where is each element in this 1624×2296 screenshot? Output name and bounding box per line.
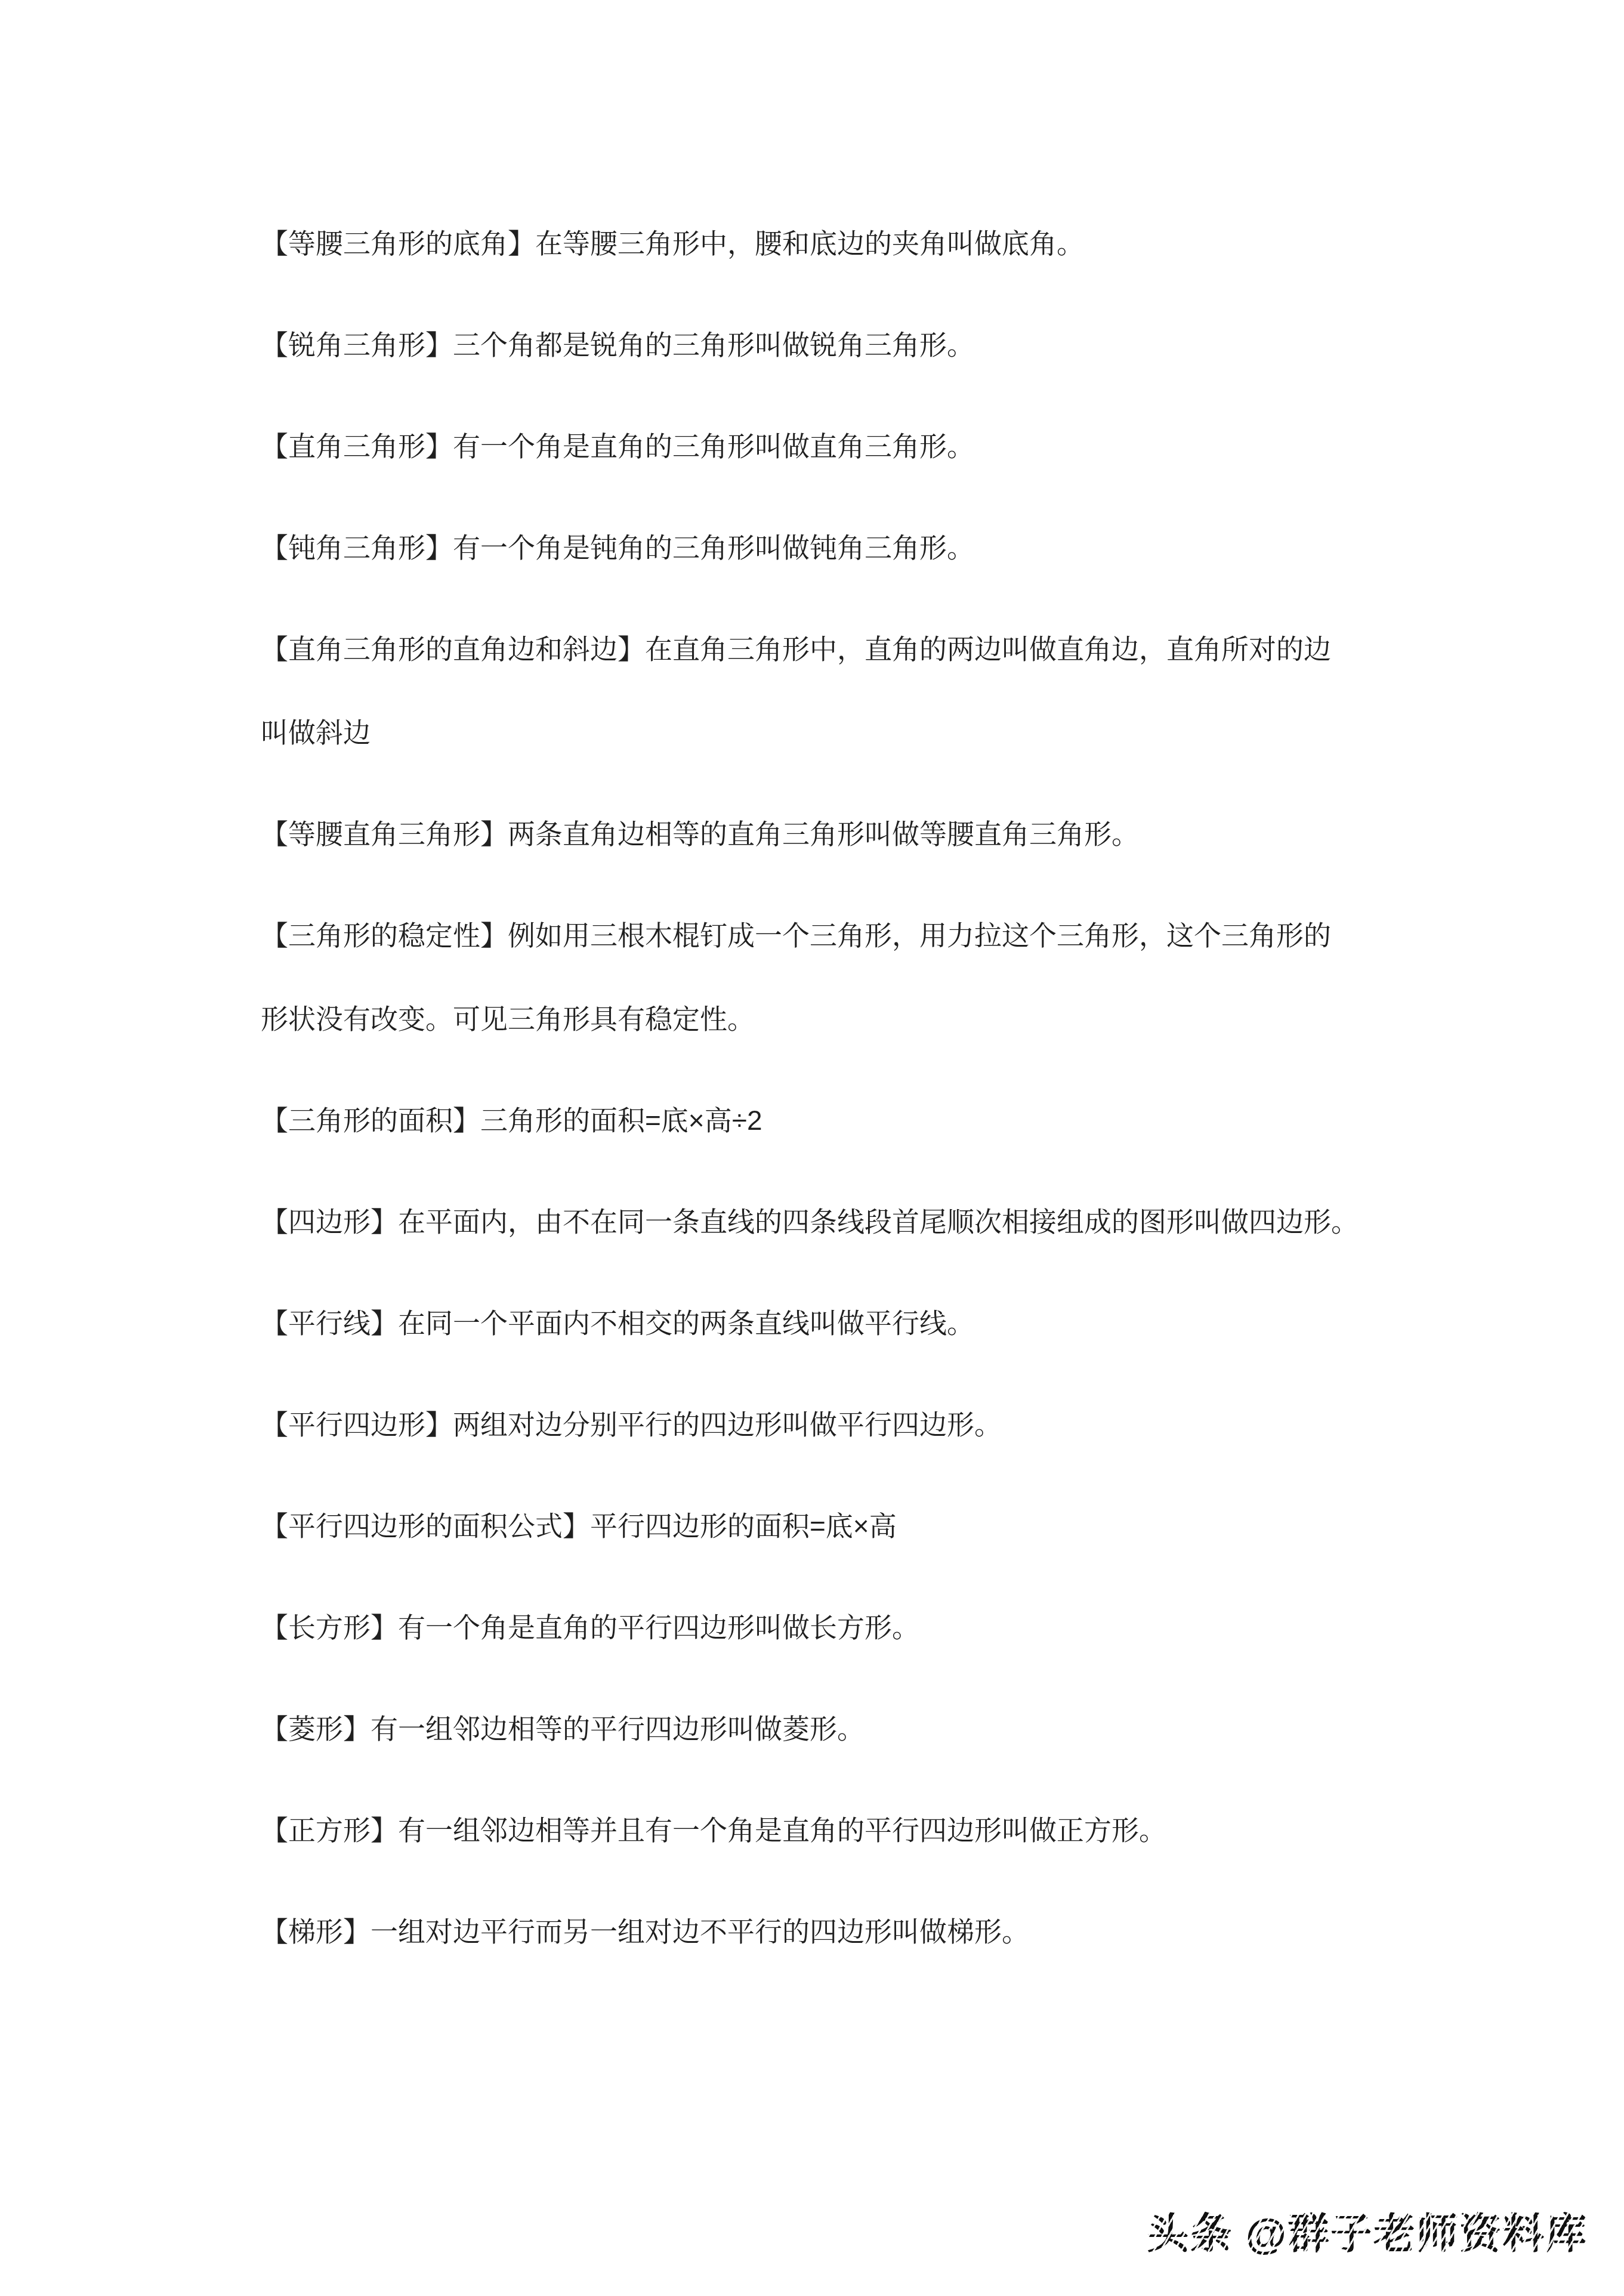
definition-line: 【钝角三角形】有一个角是钝角的三角形叫做钝角三角形。 [261,506,1382,589]
definition-paragraph: 【钝角三角形】有一个角是钝角的三角形叫做钝角三角形。 [261,506,1382,589]
definition-line: 【直角三角形的直角边和斜边】在直角三角形中，直角的两边叫做直角边，直角所对的边 [261,607,1382,691]
definition-line: 形状没有改变。可见三角形具有稳定性。 [261,977,1382,1061]
document-page: 【等腰三角形的底角】在等腰三角形中，腰和底边的夹角叫做底角。【锐角三角形】三个角… [0,0,1624,2296]
definition-paragraph: 【正方形】有一组邻边相等并且有一个角是直角的平行四边形叫做正方形。 [261,1788,1382,1872]
definition-line: 【平行线】在同一个平面内不相交的两条直线叫做平行线。 [261,1281,1382,1365]
watermark: 头条 @群子老师资料库 [1147,2204,1588,2264]
definition-line: 【四边形】在平面内，由不在同一条直线的四条线段首尾顺次相接组成的图形叫做四边形。 [261,1180,1382,1263]
definition-paragraph: 【等腰三角形的底角】在等腰三角形中，腰和底边的夹角叫做底角。 [261,202,1382,285]
definition-line: 【梯形】一组对边平行而另一组对边不平行的四边形叫做梯形。 [261,1890,1382,1973]
definitions-list: 【等腰三角形的底角】在等腰三角形中，腰和底边的夹角叫做底角。【锐角三角形】三个角… [261,202,1382,1991]
definition-paragraph: 【等腰直角三角形】两条直角边相等的直角三角形叫做等腰直角三角形。 [261,792,1382,876]
definition-line: 【直角三角形】有一个角是直角的三角形叫做直角三角形。 [261,404,1382,488]
definition-paragraph: 【直角三角形的直角边和斜边】在直角三角形中，直角的两边叫做直角边，直角所对的边叫… [261,607,1382,774]
definition-paragraph: 【锐角三角形】三个角都是锐角的三角形叫做锐角三角形。 [261,303,1382,387]
definition-line: 【三角形的面积】三角形的面积=底×高÷2 [261,1079,1382,1162]
definition-paragraph: 【菱形】有一组邻边相等的平行四边形叫做菱形。 [261,1687,1382,1770]
definition-paragraph: 【三角形的面积】三角形的面积=底×高÷2 [261,1079,1382,1162]
definition-line: 【等腰三角形的底角】在等腰三角形中，腰和底边的夹角叫做底角。 [261,202,1382,285]
definition-paragraph: 【梯形】一组对边平行而另一组对边不平行的四边形叫做梯形。 [261,1890,1382,1973]
definition-line: 【三角形的稳定性】例如用三根木棍钉成一个三角形，用力拉这个三角形，这个三角形的 [261,894,1382,977]
definition-line: 【等腰直角三角形】两条直角边相等的直角三角形叫做等腰直角三角形。 [261,792,1382,876]
definition-paragraph: 【直角三角形】有一个角是直角的三角形叫做直角三角形。 [261,404,1382,488]
definition-paragraph: 【平行四边形的面积公式】平行四边形的面积=底×高 [261,1484,1382,1568]
definition-paragraph: 【四边形】在平面内，由不在同一条直线的四条线段首尾顺次相接组成的图形叫做四边形。 [261,1180,1382,1263]
definition-paragraph: 【平行四边形】两组对边分别平行的四边形叫做平行四边形。 [261,1383,1382,1466]
definition-line: 【正方形】有一组邻边相等并且有一个角是直角的平行四边形叫做正方形。 [261,1788,1382,1872]
definition-paragraph: 【三角形的稳定性】例如用三根木棍钉成一个三角形，用力拉这个三角形，这个三角形的形… [261,894,1382,1061]
definition-paragraph: 【平行线】在同一个平面内不相交的两条直线叫做平行线。 [261,1281,1382,1365]
definition-paragraph: 【长方形】有一个角是直角的平行四边形叫做长方形。 [261,1586,1382,1669]
definition-line: 【菱形】有一组邻边相等的平行四边形叫做菱形。 [261,1687,1382,1770]
definition-line: 【平行四边形的面积公式】平行四边形的面积=底×高 [261,1484,1382,1568]
definition-line: 【锐角三角形】三个角都是锐角的三角形叫做锐角三角形。 [261,303,1382,387]
watermark-text: 头条 @群子老师资料库 [1147,2211,1588,2257]
definition-line: 【平行四边形】两组对边分别平行的四边形叫做平行四边形。 [261,1383,1382,1466]
definition-line: 【长方形】有一个角是直角的平行四边形叫做长方形。 [261,1586,1382,1669]
definition-line: 叫做斜边 [261,691,1382,774]
